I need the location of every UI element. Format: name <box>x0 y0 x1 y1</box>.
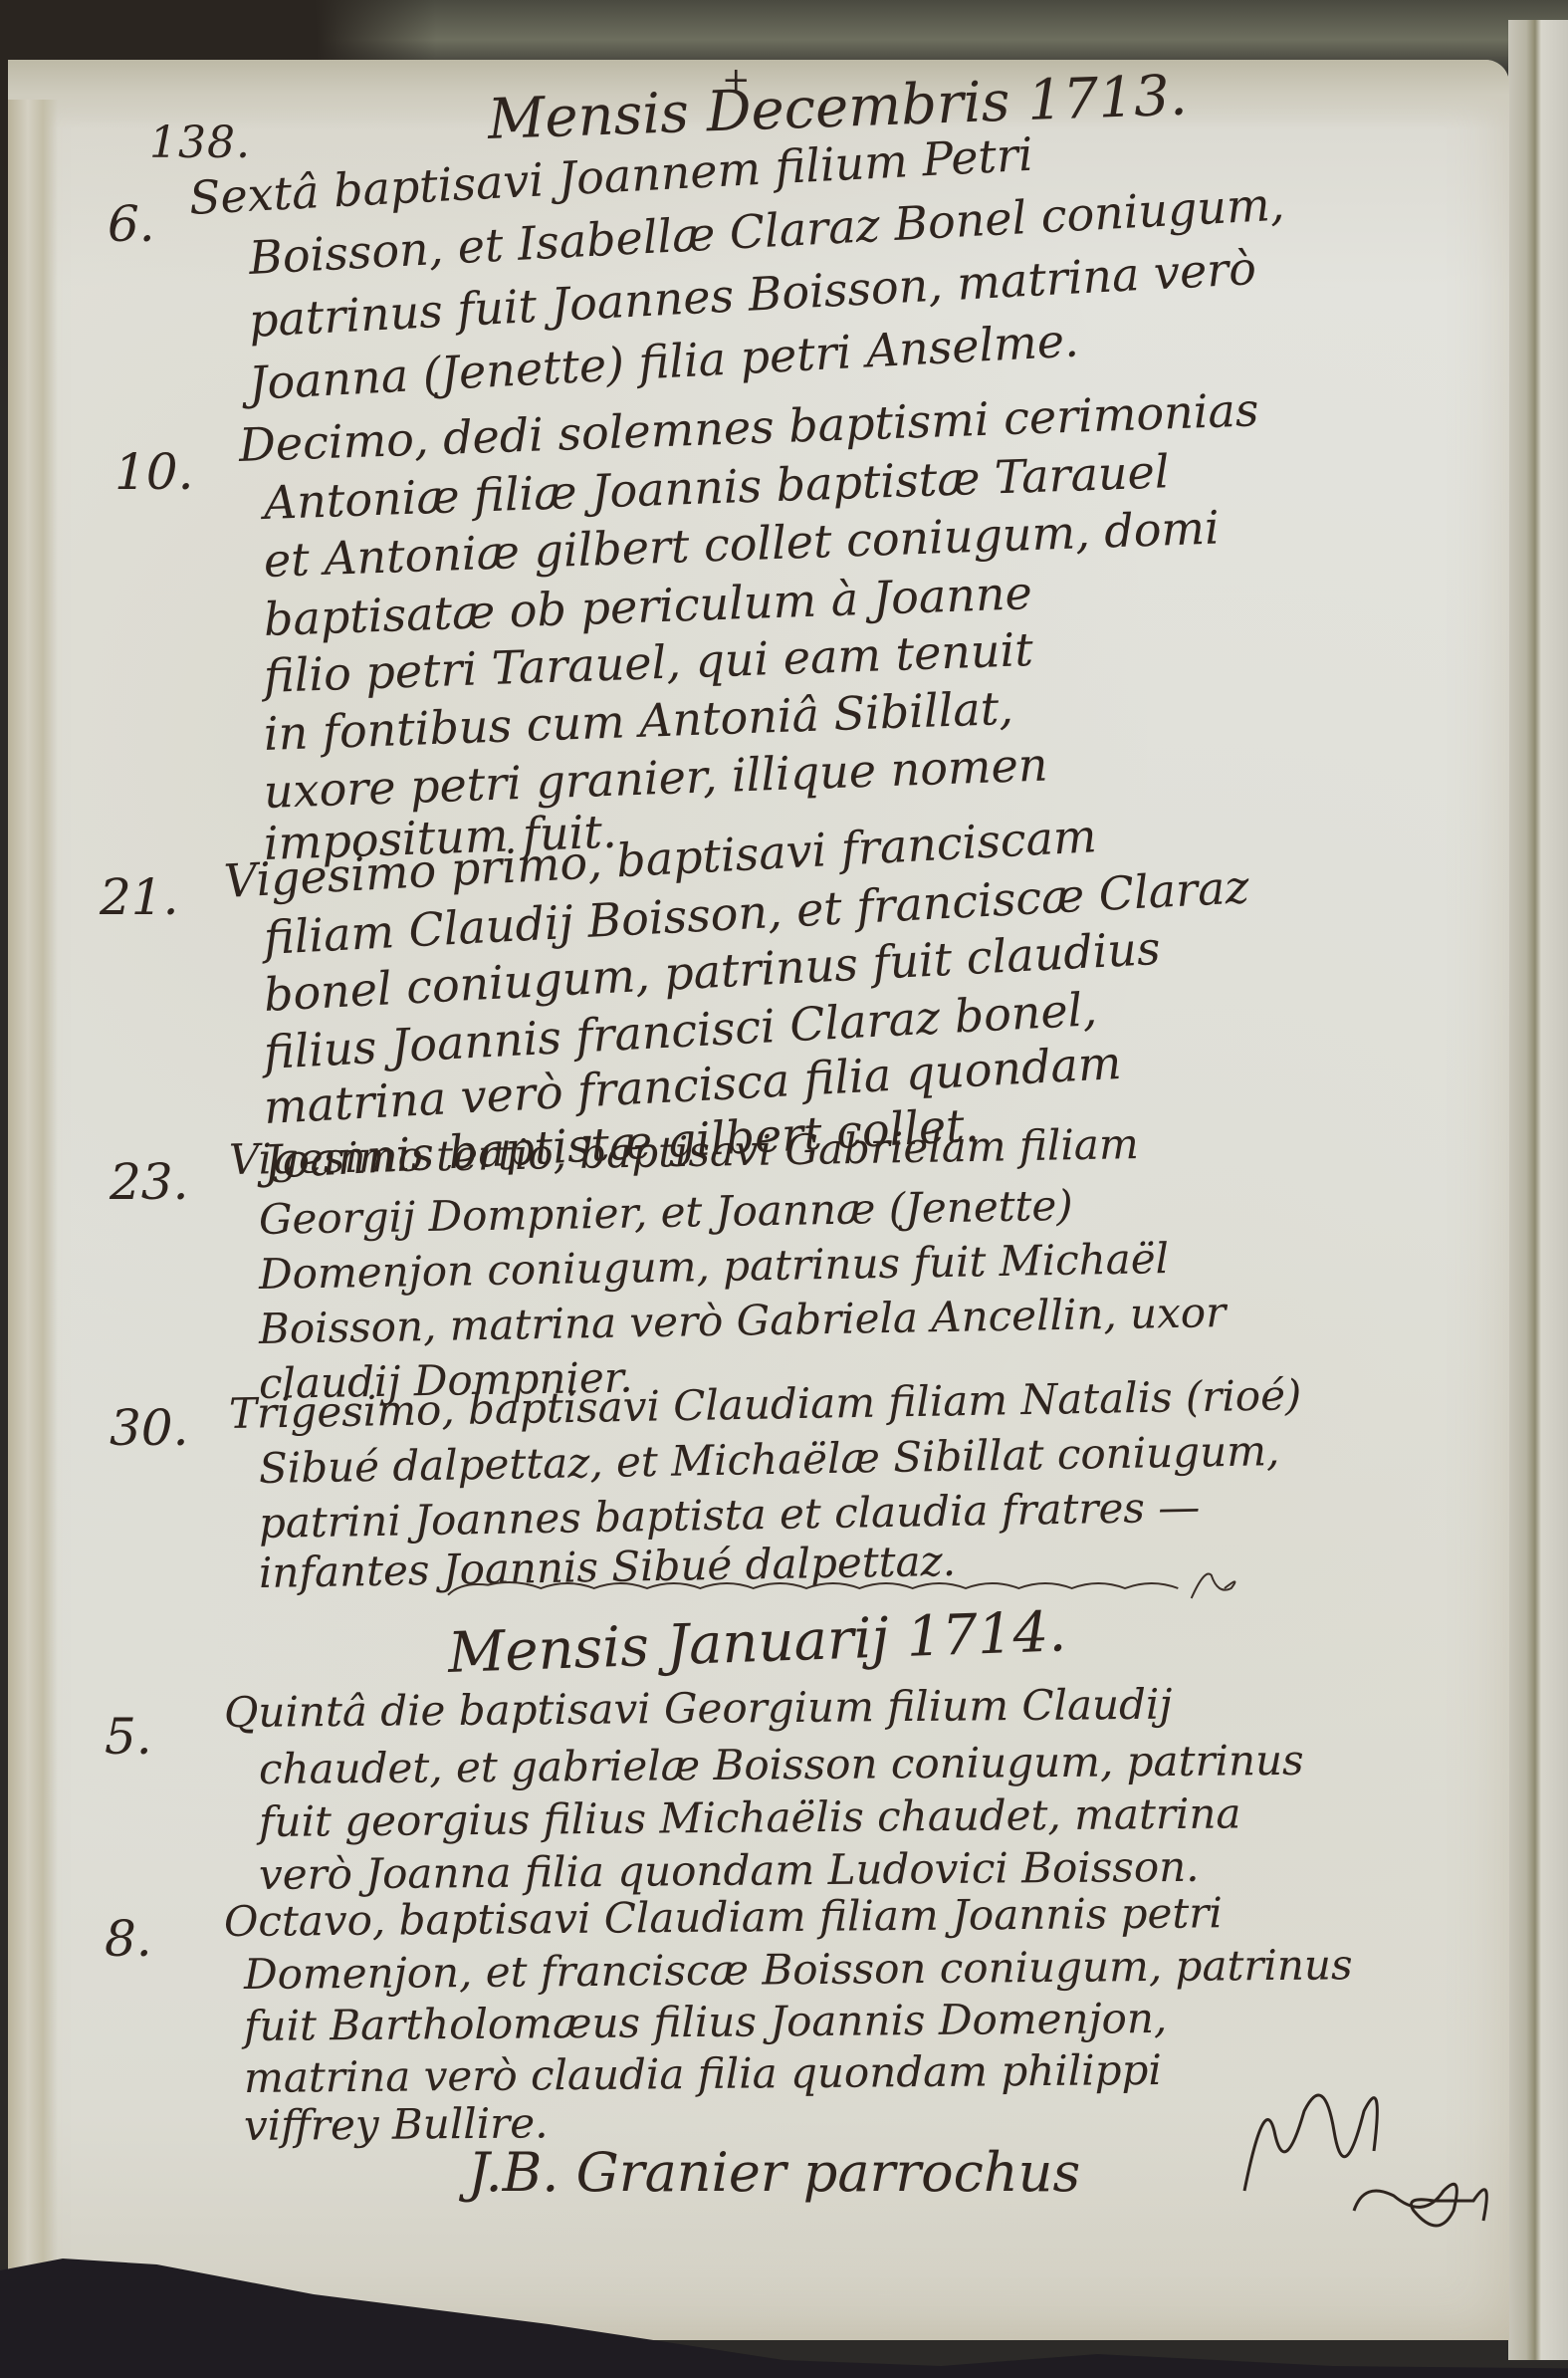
closing-flourish <box>1344 2171 1503 2251</box>
entry-line: chaudet, et gabrielæ Boisson coniugum, p… <box>259 1736 1304 1793</box>
entry-day: 8. <box>105 1910 152 1968</box>
entry-day: 23. <box>110 1153 189 1211</box>
entry-day: 5. <box>105 1708 152 1766</box>
page-edge <box>1508 20 1568 2360</box>
entry-day: 21. <box>100 868 179 926</box>
entry-line: Octavo, baptisavi Claudiam filiam Joanni… <box>224 1888 1223 1946</box>
divider-flourish <box>249 1568 1444 1608</box>
book-gutter <box>8 100 58 2340</box>
entry-line: fuit georgius filius Michaëlis chaudet, … <box>259 1788 1241 1846</box>
entry-line: fuit Bartholomæus filius Joannis Domenjo… <box>244 1994 1168 2050</box>
entry-line: Quintâ die baptisavi Georgium filium Cla… <box>224 1680 1173 1737</box>
entry-line: matrina verò claudia filia quondam phili… <box>244 2045 1162 2102</box>
entry-day: 30. <box>110 1399 189 1457</box>
entry-line: Domenjon, et franciscæ Boisson coniugum,… <box>244 1940 1353 1999</box>
priest-signature: J.B. Granier parrochus <box>468 2141 1080 2204</box>
entry-day: 10. <box>114 443 194 501</box>
page-number: 138. <box>149 118 251 168</box>
entry-day: 6. <box>108 195 155 253</box>
